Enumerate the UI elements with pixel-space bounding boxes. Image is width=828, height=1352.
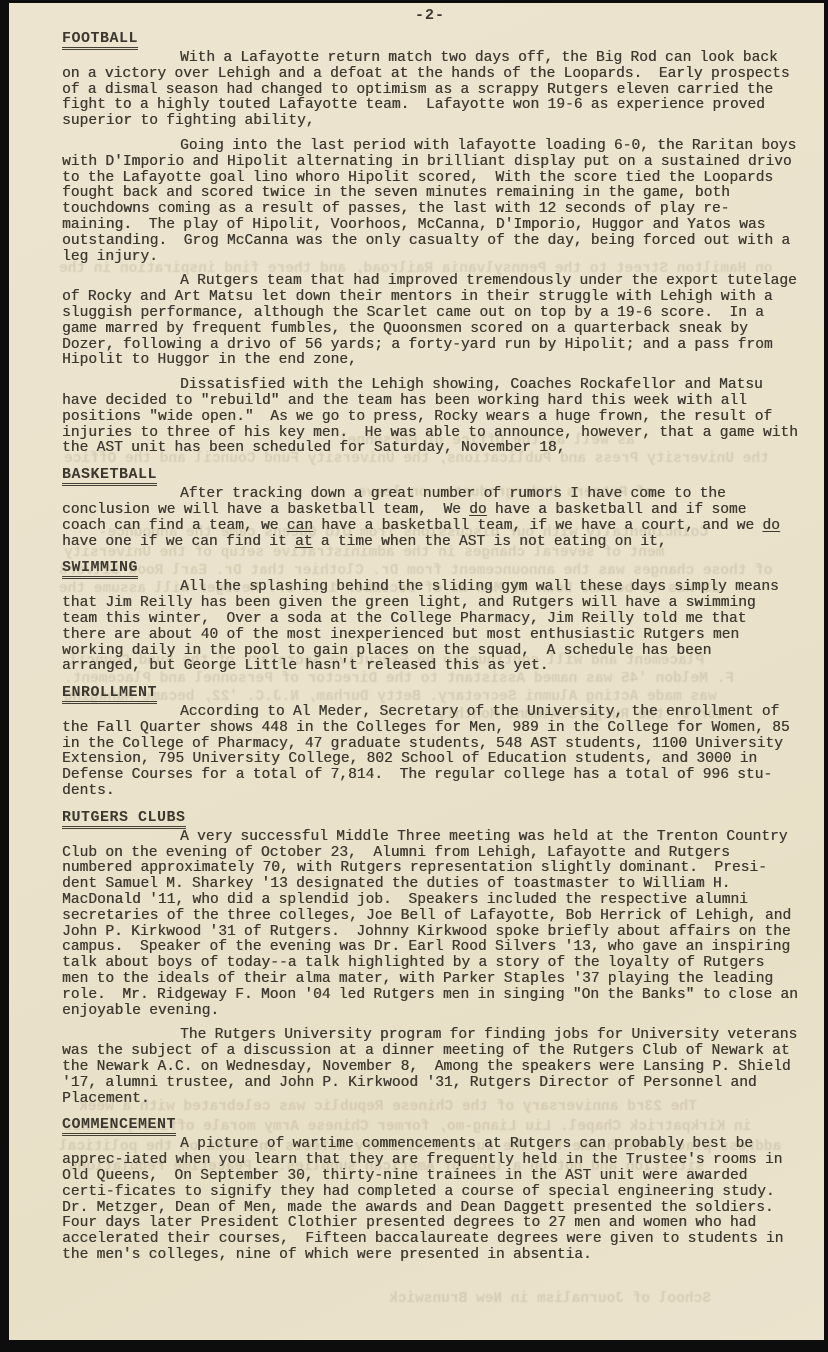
paragraph: Dissatisfied with the Lehigh showing, Co… [62,378,798,457]
page-number: -2- [62,7,798,24]
bleedthrough-text: School of Journalism in New Brunswick [389,1291,711,1307]
paragraph: A picture of wartime commencements at Ru… [62,1137,798,1263]
paper-sheet: on Hamilton Street to the Pennsylvania R… [9,3,824,1340]
paragraph: According to Al Meder, Secretary of the … [62,705,798,800]
paragraph: The Rutgers University program for findi… [62,1028,798,1107]
section-commencement: COMMENCEMENTA picture of wartime commenc… [62,1116,798,1263]
sections-container: FOOTBALLWith a Lafayotte return match tw… [62,30,798,1264]
section-rutgers-clubs: RUTGERS CLUBSA very successful Middle Th… [62,809,798,1108]
document-content: -2- FOOTBALLWith a Lafayotte return matc… [62,5,798,1273]
paragraph: All the splashing behind the sliding gym… [62,580,798,675]
section-swimming: SWIMMINGAll the splashing behind the sli… [62,559,798,675]
section-heading: FOOTBALL [62,30,138,50]
section-heading-row: RUTGERS CLUBS [62,809,798,829]
section-heading: ENROLLMENT [62,684,157,704]
section-heading-row: FOOTBALL [62,30,798,50]
paragraph: After tracking down a great number of ru… [62,487,798,550]
paragraph: With a Lafayotte return match two days o… [62,51,798,130]
section-football: FOOTBALLWith a Lafayotte return match tw… [62,30,798,457]
section-heading: SWIMMING [62,559,138,579]
section-heading: BASKETBALL [62,466,157,486]
section-heading: COMMENCEMENT [62,1116,176,1136]
paragraph: A Rutgers team that had improved tremend… [62,274,798,369]
section-enrollment: ENROLLMENTAccording to Al Meder, Secreta… [62,684,798,800]
section-heading-row: BASKETBALL [62,466,798,486]
section-basketball: BASKETBALLAfter tracking down a great nu… [62,466,798,550]
section-heading-row: ENROLLMENT [62,684,798,704]
section-heading-row: COMMENCEMENT [62,1116,798,1136]
section-heading-row: SWIMMING [62,559,798,579]
paragraph: A very successful Middle Three meeting w… [62,830,798,1020]
section-heading: RUTGERS CLUBS [62,809,186,829]
scanned-page: on Hamilton Street to the Pennsylvania R… [0,0,828,1352]
paragraph: Going into the last period with lafayott… [62,139,798,265]
